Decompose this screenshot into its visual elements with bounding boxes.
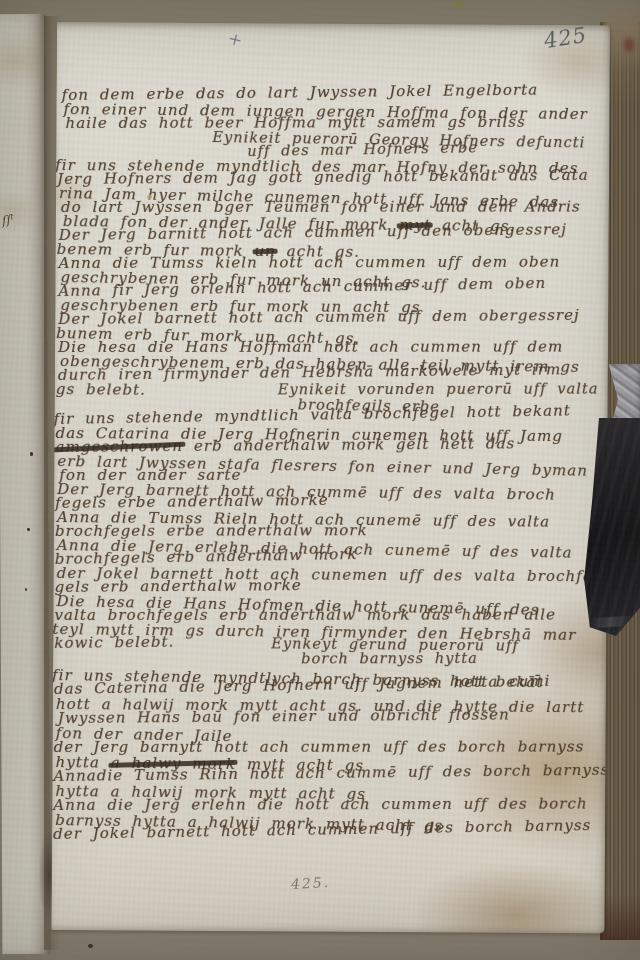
ink-speck xyxy=(30,452,33,456)
manuscript-line: gs belebt. xyxy=(56,382,146,398)
margin-fragment: ſſᵗ xyxy=(2,212,15,229)
manuscript-line: der Jerg barnytt hott ach cummen uff des… xyxy=(54,740,585,755)
ink-speck xyxy=(25,588,27,591)
folio-number-bottom: 425. xyxy=(291,875,331,893)
debris-speck xyxy=(454,1,463,7)
manuscript-line: Jwyssen Hans baū fon einer und olbricht … xyxy=(58,707,510,726)
manuscript-line: haile das hott beer Hoffma mytt samem gs… xyxy=(65,115,525,131)
paper-fleck xyxy=(147,195,152,199)
heading-line: Eynikeit vorunden puerorū uff valta xyxy=(278,383,599,398)
ink-speck xyxy=(27,528,30,531)
heading-line: borch barnyss hytta xyxy=(301,652,478,667)
photo-background: ſſᵗ fon dem erbe das do lart Jwyssen Jok… xyxy=(0,0,640,960)
manuscript-line: amgeschrowen erb anderthalw mork gelt he… xyxy=(55,436,515,455)
manuscript-line: Annadie Tumss Rihn hott ach cummē uff de… xyxy=(53,763,609,784)
binding-fragment xyxy=(624,38,634,52)
manuscript-page: fon dem erbe das do lart Jwyssen Jokel E… xyxy=(51,22,610,933)
manuscript-line: fir uns stehende myndtlich valta brochfe… xyxy=(53,403,570,427)
manuscript-line: kowic belebt. xyxy=(54,635,174,651)
text-layer: fon dem erbe das do lart Jwyssen Jokel E… xyxy=(51,22,610,933)
verso-page-edge xyxy=(0,14,50,954)
fore-edge-corner-blur xyxy=(606,0,640,70)
manuscript-line: Der Jokel barnett hott ach cummen uff de… xyxy=(58,308,580,327)
debris-speck xyxy=(88,944,93,948)
manuscript-line: Anna die Jerg erlehn die hott ach cummen… xyxy=(53,797,587,813)
manuscript-line: Jerg Hofners dem Jag gott gnedig hott be… xyxy=(57,168,589,187)
